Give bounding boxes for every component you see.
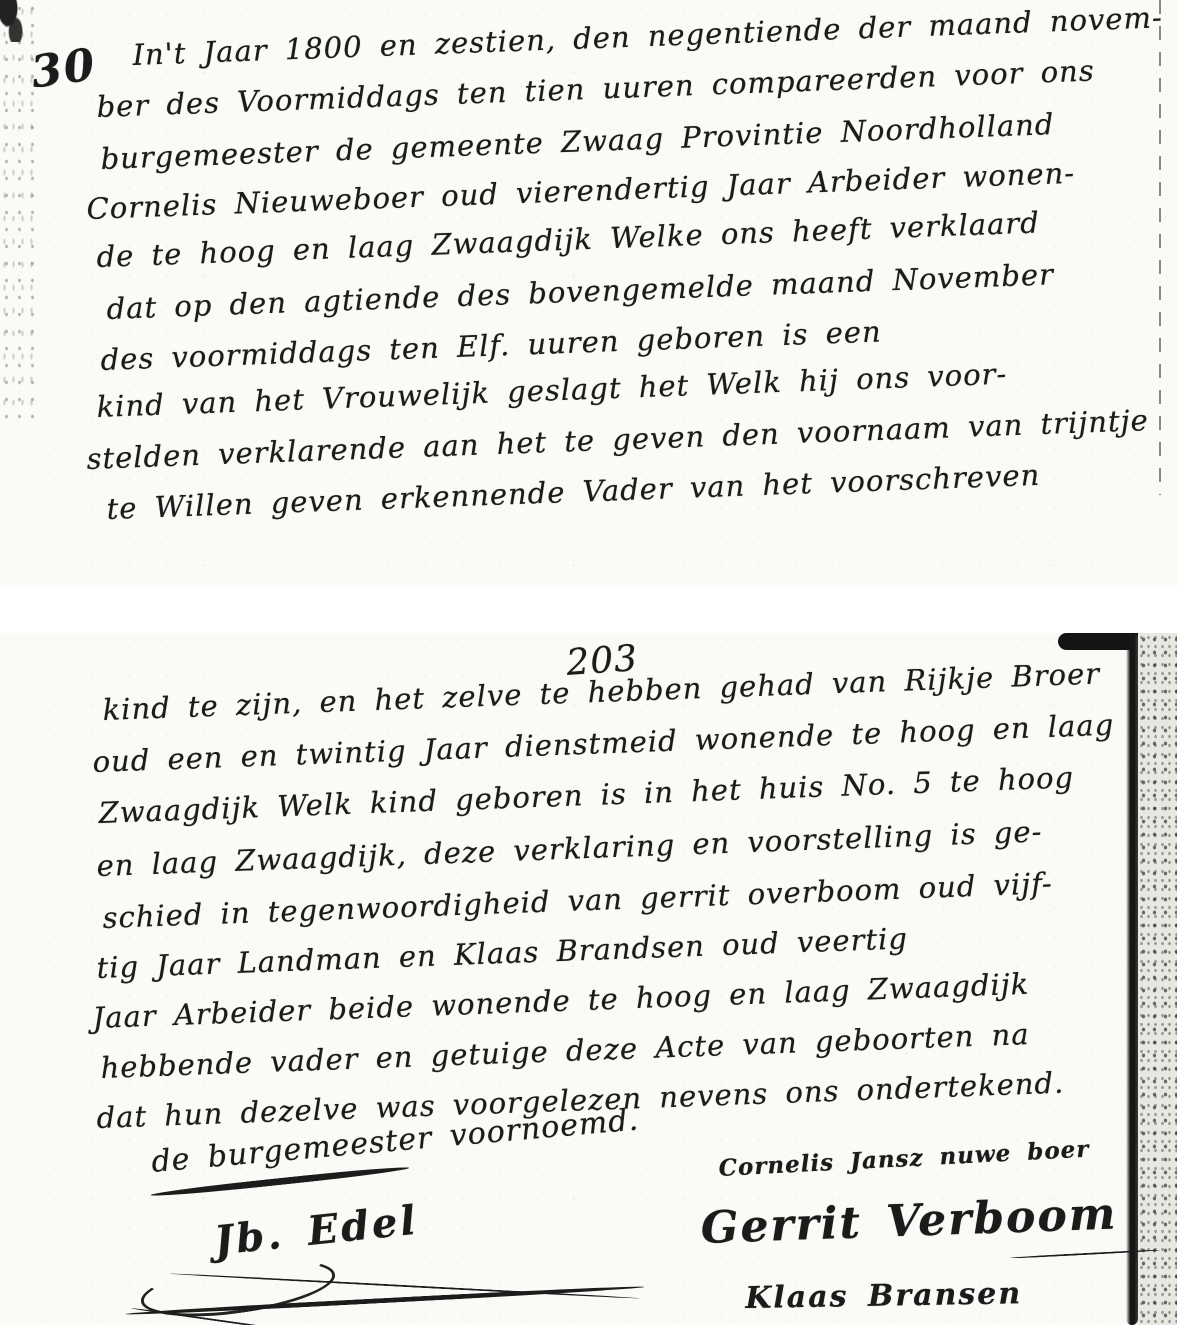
scan-edge-speckle: [0, 0, 34, 420]
signature-burgemeester-edel: Jb. Edel: [212, 1197, 421, 1265]
page-1-margin-rule: [1159, 0, 1161, 495]
binding-edge-speckle: [1138, 633, 1177, 1325]
binding-gutter-line: [1126, 633, 1138, 1325]
scan-gap: [0, 585, 1177, 633]
page-1-scan: 30 In't Jaar 1800 en zestien, den negent…: [0, 0, 1177, 585]
scan-corner-blot: [0, 0, 26, 42]
signature-gerrit-verboom: Gerrit Verboom: [700, 1188, 1118, 1254]
page-2-scan: 203 kind te zijn, en het zelve te hebben…: [0, 633, 1177, 1325]
entry-number: 30: [28, 39, 100, 99]
signature-father: Cornelis Jansz nuwe boer: [718, 1136, 1090, 1182]
signature-klaas-bransen: Klaas Bransen: [745, 1276, 1022, 1316]
